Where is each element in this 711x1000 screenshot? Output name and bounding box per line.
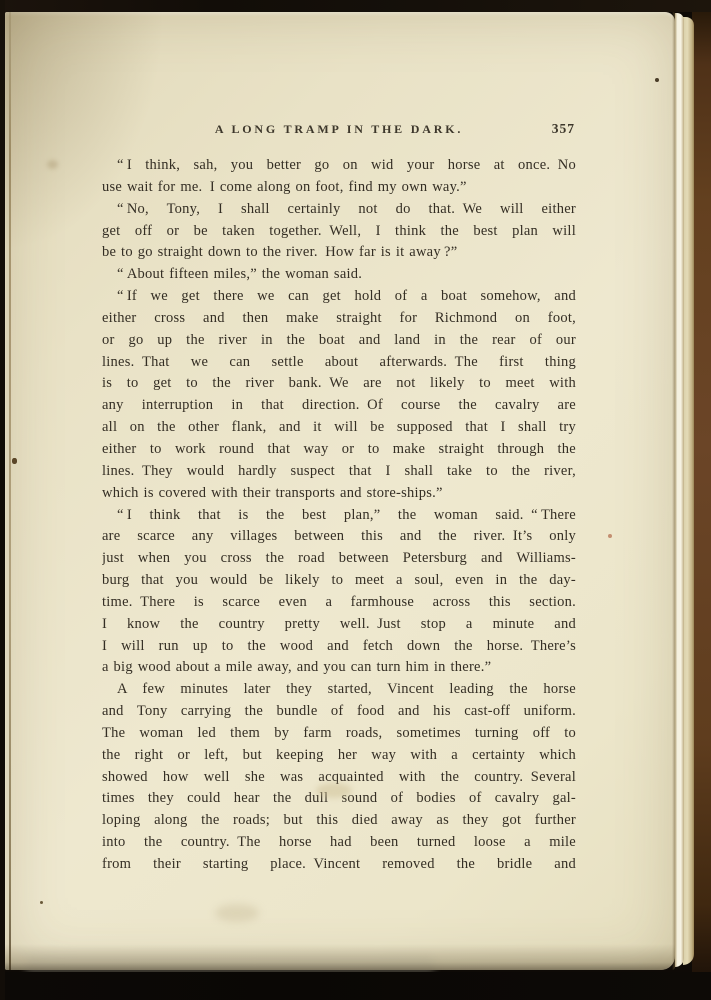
scanned-book-photo: A LONG TRAMP IN THE DARK. 357 “ I think,…	[0, 0, 711, 1000]
book-page: A LONG TRAMP IN THE DARK. 357 “ I think,…	[5, 12, 675, 970]
text-line: a big wood about a mile away, and you ca…	[102, 657, 576, 679]
page-number: 357	[552, 121, 575, 137]
page-body-text: “ I think, sah, you better go on wid you…	[102, 155, 576, 876]
text-line: into the country. The horse had been tur…	[102, 832, 576, 854]
running-title: A LONG TRAMP IN THE DARK.	[102, 122, 576, 137]
paper-stain	[316, 783, 352, 798]
paper-speck	[12, 458, 17, 464]
text-line: lines. They would hardly suspect that I …	[102, 461, 576, 483]
gutter-fold-line	[9, 12, 11, 970]
running-header: A LONG TRAMP IN THE DARK. 357	[102, 122, 576, 140]
text-line: I know the country pretty well. Just sto…	[102, 614, 576, 636]
text-line: just when you cross the road between Pet…	[102, 548, 576, 570]
paper-stain	[47, 160, 58, 169]
text-line: the right or left, but keeping her way w…	[102, 745, 576, 767]
text-line: “ I think, sah, you better go on wid you…	[102, 155, 576, 177]
text-line: “ About fifteen miles,” the woman said.	[102, 264, 576, 286]
text-line: get off or be taken together. Well, I th…	[102, 221, 576, 243]
text-line: and Tony carrying the bundle of food and…	[102, 701, 576, 723]
text-line: time. There is scarce even a farmhouse a…	[102, 592, 576, 614]
text-line: A few minutes later they started, Vincen…	[102, 679, 576, 701]
text-line: lines. That we can settle about afterwar…	[102, 352, 576, 374]
text-line: any interruption in that direction. Of c…	[102, 395, 576, 417]
text-line: which is covered with their transports a…	[102, 483, 576, 505]
text-line: either to work round that way or to make…	[102, 439, 576, 461]
paper-stain	[215, 904, 259, 922]
paper-speck	[608, 534, 612, 538]
paper-speck	[40, 901, 43, 904]
text-line: “ I think that is the best plan,” the wo…	[102, 505, 576, 527]
text-line: all on the other flank, and it will be s…	[102, 417, 576, 439]
text-line: “ No, Tony, I shall certainly not do tha…	[102, 199, 576, 221]
text-line: “ If we get there we can get hold of a b…	[102, 286, 576, 308]
page-bottom-shadow	[5, 944, 675, 970]
text-line: burg that you would be likely to meet a …	[102, 570, 576, 592]
text-line: use wait for me. I come along on foot, f…	[102, 177, 576, 199]
text-line: either cross and then make straight for …	[102, 308, 576, 330]
book-cover-edge	[692, 6, 711, 982]
photo-top-bar	[0, 0, 711, 12]
photo-left-bar	[0, 0, 5, 1000]
text-line: I will run up to the wood and fetch down…	[102, 636, 576, 658]
text-line: or go up the river in the boat and land …	[102, 330, 576, 352]
paper-speck	[655, 78, 659, 82]
page-edge-crease	[672, 12, 675, 970]
photo-bottom-bar	[0, 972, 711, 1000]
text-line: be to go straight down to the river. How…	[102, 242, 576, 264]
text-line: loping along the roads; but this died aw…	[102, 810, 576, 832]
page-stack-edge-2	[683, 17, 694, 965]
text-line: The woman led them by farm roads, someti…	[102, 723, 576, 745]
text-line: are scarce any villages between this and…	[102, 526, 576, 548]
text-line: is to get to the river bank. We are not …	[102, 373, 576, 395]
text-line: from their starting place. Vincent remov…	[102, 854, 576, 876]
page-stack-edge-1	[675, 13, 684, 967]
